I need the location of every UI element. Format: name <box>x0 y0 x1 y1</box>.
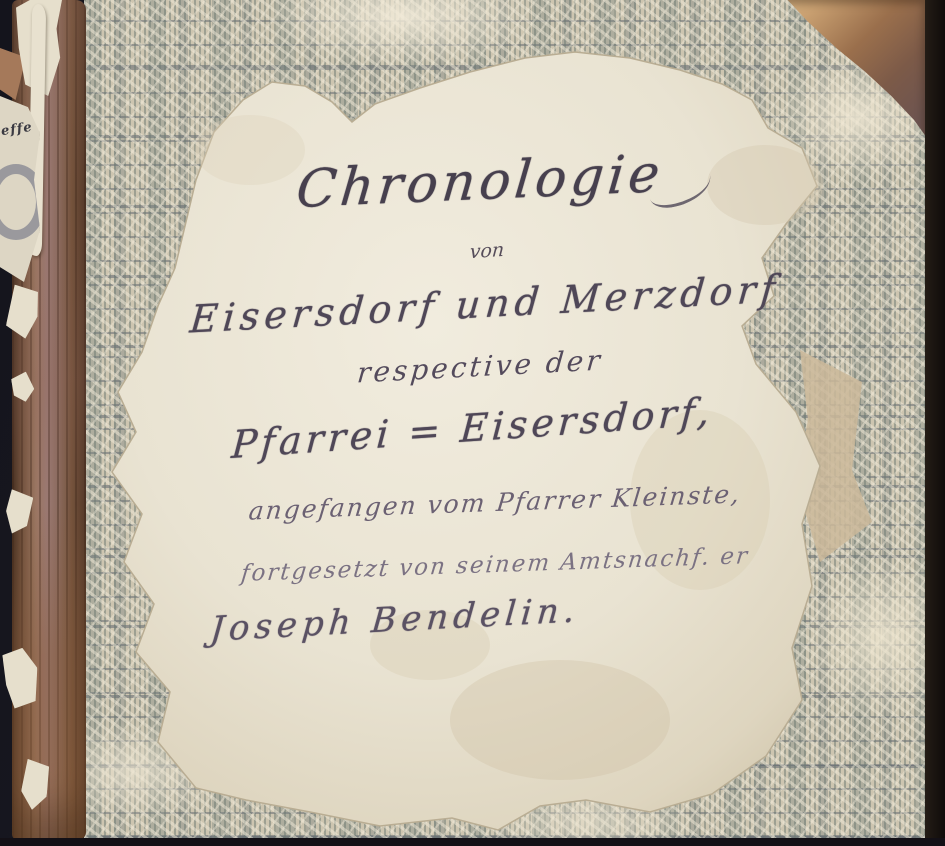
line-continued-by: fortgesetzt von seinem Amtsnachf. er <box>189 541 801 588</box>
photo-edge-right <box>925 0 945 846</box>
book-cover-photo: effe Chronologie von Eisersdorf und Merz… <box>0 0 945 846</box>
line-signature: Joseph Bendelin. <box>169 588 622 652</box>
line-respective: respective der <box>294 340 666 393</box>
line-started-by: angefangen vom Pfarrer Kleinste, <box>179 477 812 528</box>
title-chronologie: Chronologie <box>287 144 672 221</box>
line-parish: Pfarrei = Eisersdorf, <box>184 386 761 470</box>
line-places: Eisersdorf und Merzdorf <box>139 264 832 344</box>
handwritten-title-block: Chronologie von Eisersdorf und Merzdorf … <box>0 0 945 846</box>
line-von: von <box>441 237 532 265</box>
photo-edge-bottom <box>0 838 945 846</box>
